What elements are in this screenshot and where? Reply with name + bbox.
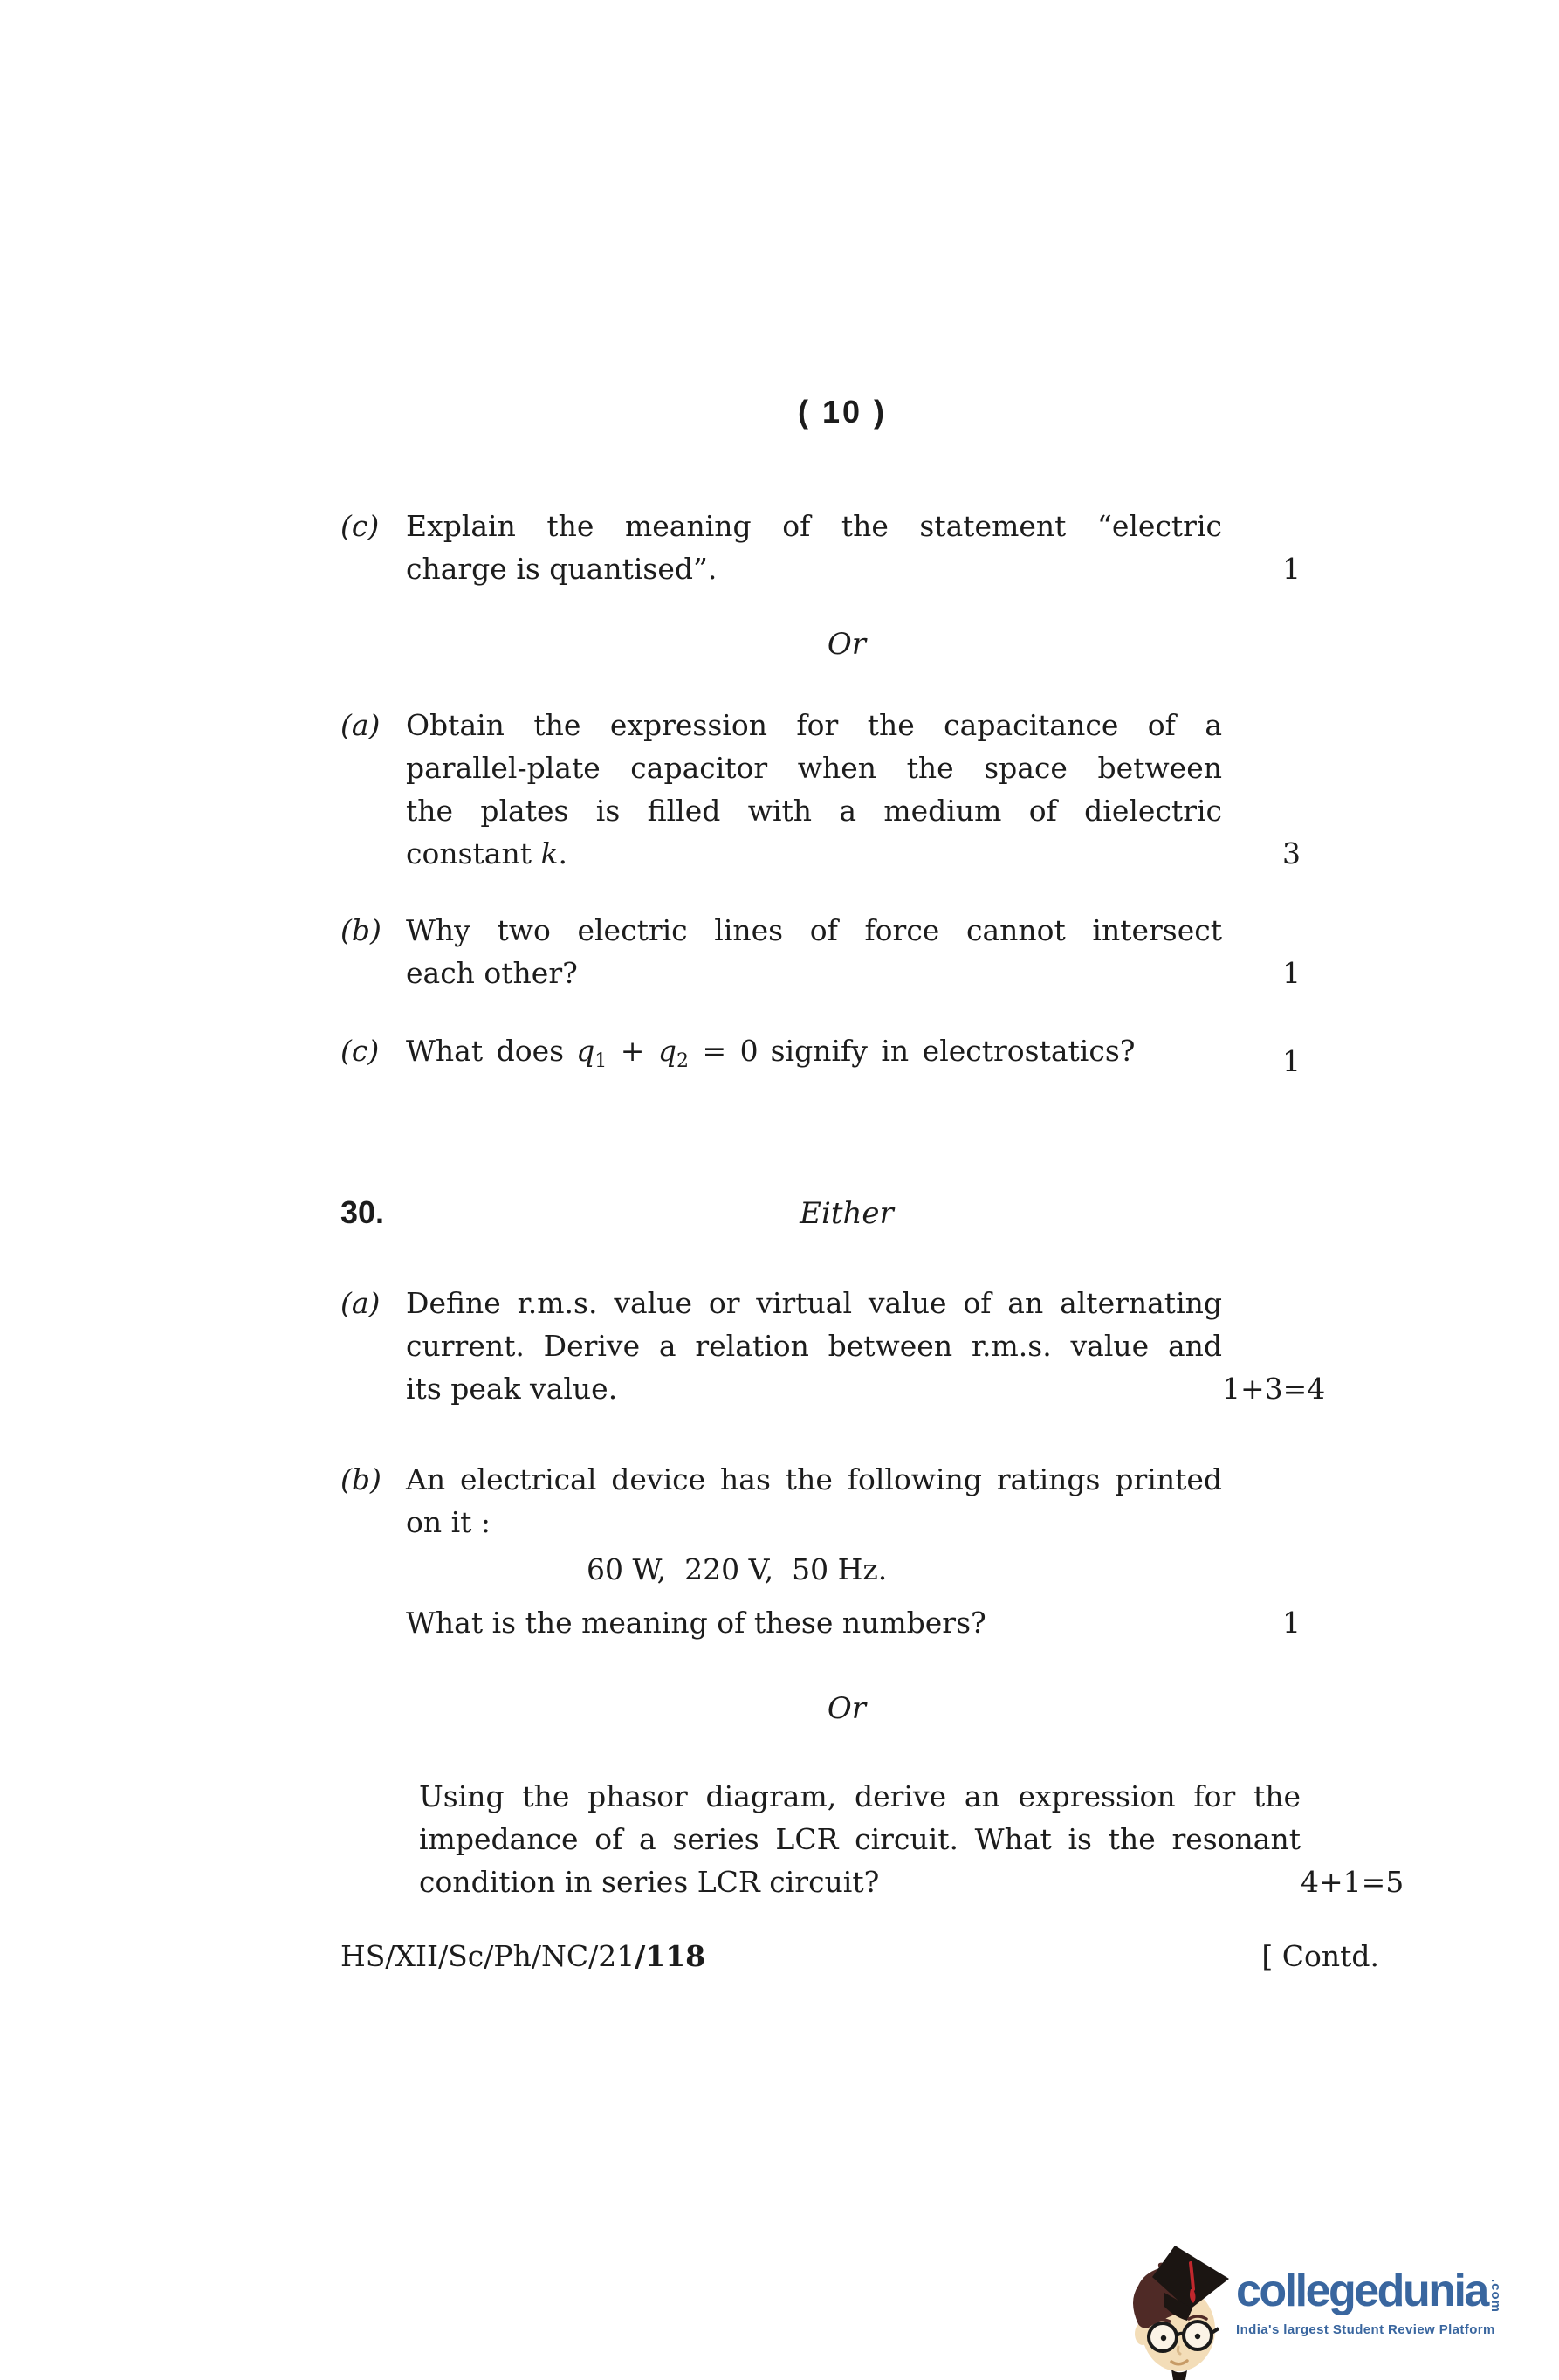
text-line: What doesq1 + q2 = 0signify in electrost… — [406, 1029, 1222, 1083]
exam-paper-page: ( 10 ) (c) Explain the meaning of the st… — [0, 0, 1559, 2380]
question-30b: (b) An electrical device has the followi… — [340, 1458, 1379, 1644]
brand-tagline: India's largest Student Review Platform — [1236, 2322, 1502, 2337]
equals-zero: = 0 — [702, 1034, 758, 1068]
question-label: (b) — [340, 1458, 406, 1644]
marks-value: 3 — [1222, 832, 1301, 875]
text-line: constant k. — [406, 832, 1222, 875]
paper-code-number: /118 — [635, 1939, 705, 1973]
text-fragment: signify in electrostatics? — [771, 1034, 1136, 1068]
text-line: What is the meaning of these numbers? — [406, 1601, 1222, 1644]
question-29b: (b) Why two electric lines of force cann… — [340, 909, 1379, 994]
question-text: Explain the meaning of the statement “el… — [406, 505, 1222, 590]
or-divider: Or — [340, 1688, 1274, 1730]
logo-text-block: collegedunia .com India's largest Studen… — [1236, 2268, 1502, 2380]
formula-q1-plus-q2: q1 + q2 = 0 — [576, 1034, 759, 1068]
text-line: the plates is filled with a medium of di… — [406, 789, 1222, 832]
question-label: (a) — [340, 1282, 406, 1410]
text-line: An electrical device has the following r… — [406, 1458, 1222, 1501]
question-number: 30. — [340, 1191, 419, 1234]
question-text: What doesq1 + q2 = 0signify in electrost… — [406, 1029, 1222, 1083]
text-line: Define r.m.s. value or virtual value of … — [406, 1282, 1222, 1324]
text-line: Explain the meaning of the statement “el… — [406, 505, 1222, 547]
question-label: (c) — [340, 1029, 406, 1083]
text-line: its peak value. — [406, 1367, 1222, 1410]
variable-q1: q — [576, 1034, 594, 1068]
text-line: condition in series LCR circuit? — [419, 1861, 1301, 1903]
marks-value: 1+3=4 — [1222, 1367, 1301, 1410]
question-30-heading: 30. Either — [340, 1191, 1379, 1235]
marks-value: 4+1=5 — [1301, 1861, 1379, 1903]
marks-value: 1 — [1222, 547, 1301, 590]
question-label: (b) — [340, 909, 406, 994]
paper-code: HS/XII/Sc/Ph/NC/21/118 — [340, 1935, 705, 1978]
brand-tld: .com — [1489, 2279, 1502, 2313]
contd-note: [ Contd. — [1261, 1935, 1379, 1978]
question-text: Using the phasor diagram, derive an expr… — [419, 1775, 1301, 1903]
device-ratings: 60 W, 220 V, 50 Hz. — [406, 1548, 1222, 1591]
or-divider: Or — [340, 623, 1274, 666]
subscript-1: 1 — [594, 1050, 607, 1072]
question-text: Obtain the expression for the capacitanc… — [406, 704, 1222, 875]
subscript-2: 2 — [676, 1050, 689, 1072]
text-line: on it : — [406, 1501, 1222, 1544]
text-fragment: What does — [406, 1034, 564, 1068]
graduate-mascot-icon — [1126, 2244, 1233, 2380]
question-text: Define r.m.s. value or virtual value of … — [406, 1282, 1222, 1410]
text-line: parallel-plate capacitor when the space … — [406, 746, 1222, 789]
text-line: impedance of a series LCR circuit. What … — [419, 1818, 1301, 1861]
page-content: ( 10 ) (c) Explain the meaning of the st… — [340, 390, 1379, 1978]
text-line: charge is quantised”. — [406, 547, 1222, 590]
page-footer: HS/XII/Sc/Ph/NC/21/118 [ Contd. — [340, 1935, 1379, 1978]
page-number: ( 10 ) — [340, 390, 1344, 433]
collegedunia-logo: collegedunia .com India's largest Studen… — [1126, 2228, 1559, 2380]
variable-k: k — [540, 836, 558, 870]
plus-operator: + — [621, 1034, 645, 1068]
marks-value: 1 — [1222, 1601, 1301, 1644]
text-fragment: . — [558, 836, 567, 870]
question-30a: (a) Define r.m.s. value or virtual value… — [340, 1282, 1379, 1410]
marks-value: 1 — [1222, 1040, 1301, 1083]
question-30-alternative: Using the phasor diagram, derive an expr… — [340, 1775, 1379, 1903]
question-label: (c) — [340, 505, 406, 590]
marks-value: 1 — [1222, 952, 1301, 994]
either-divider: Either — [419, 1193, 1274, 1235]
text-line: current. Derive a relation between r.m.s… — [406, 1324, 1222, 1367]
brand-wordmark: collegedunia — [1236, 2268, 1487, 2314]
question-label: (a) — [340, 704, 406, 875]
question-text: Why two electric lines of force cannot i… — [406, 909, 1222, 994]
text-fragment: constant — [406, 836, 540, 870]
text-line: Why two electric lines of force cannot i… — [406, 909, 1222, 952]
text-line: Using the phasor diagram, derive an expr… — [419, 1775, 1301, 1818]
paper-code-text: HS/XII/Sc/Ph/NC/21 — [340, 1939, 635, 1973]
question-29c-electrostatics: (c) What doesq1 + q2 = 0signify in elect… — [340, 1029, 1379, 1083]
question-text: An electrical device has the following r… — [406, 1458, 1222, 1644]
text-line: each other? — [406, 952, 1222, 994]
question-29c: (c) Explain the meaning of the statement… — [340, 505, 1379, 590]
question-29a: (a) Obtain the expression for the capaci… — [340, 704, 1379, 875]
variable-q2: q — [658, 1034, 676, 1068]
brand-row: collegedunia .com — [1236, 2268, 1502, 2314]
text-line: Obtain the expression for the capacitanc… — [406, 704, 1222, 746]
